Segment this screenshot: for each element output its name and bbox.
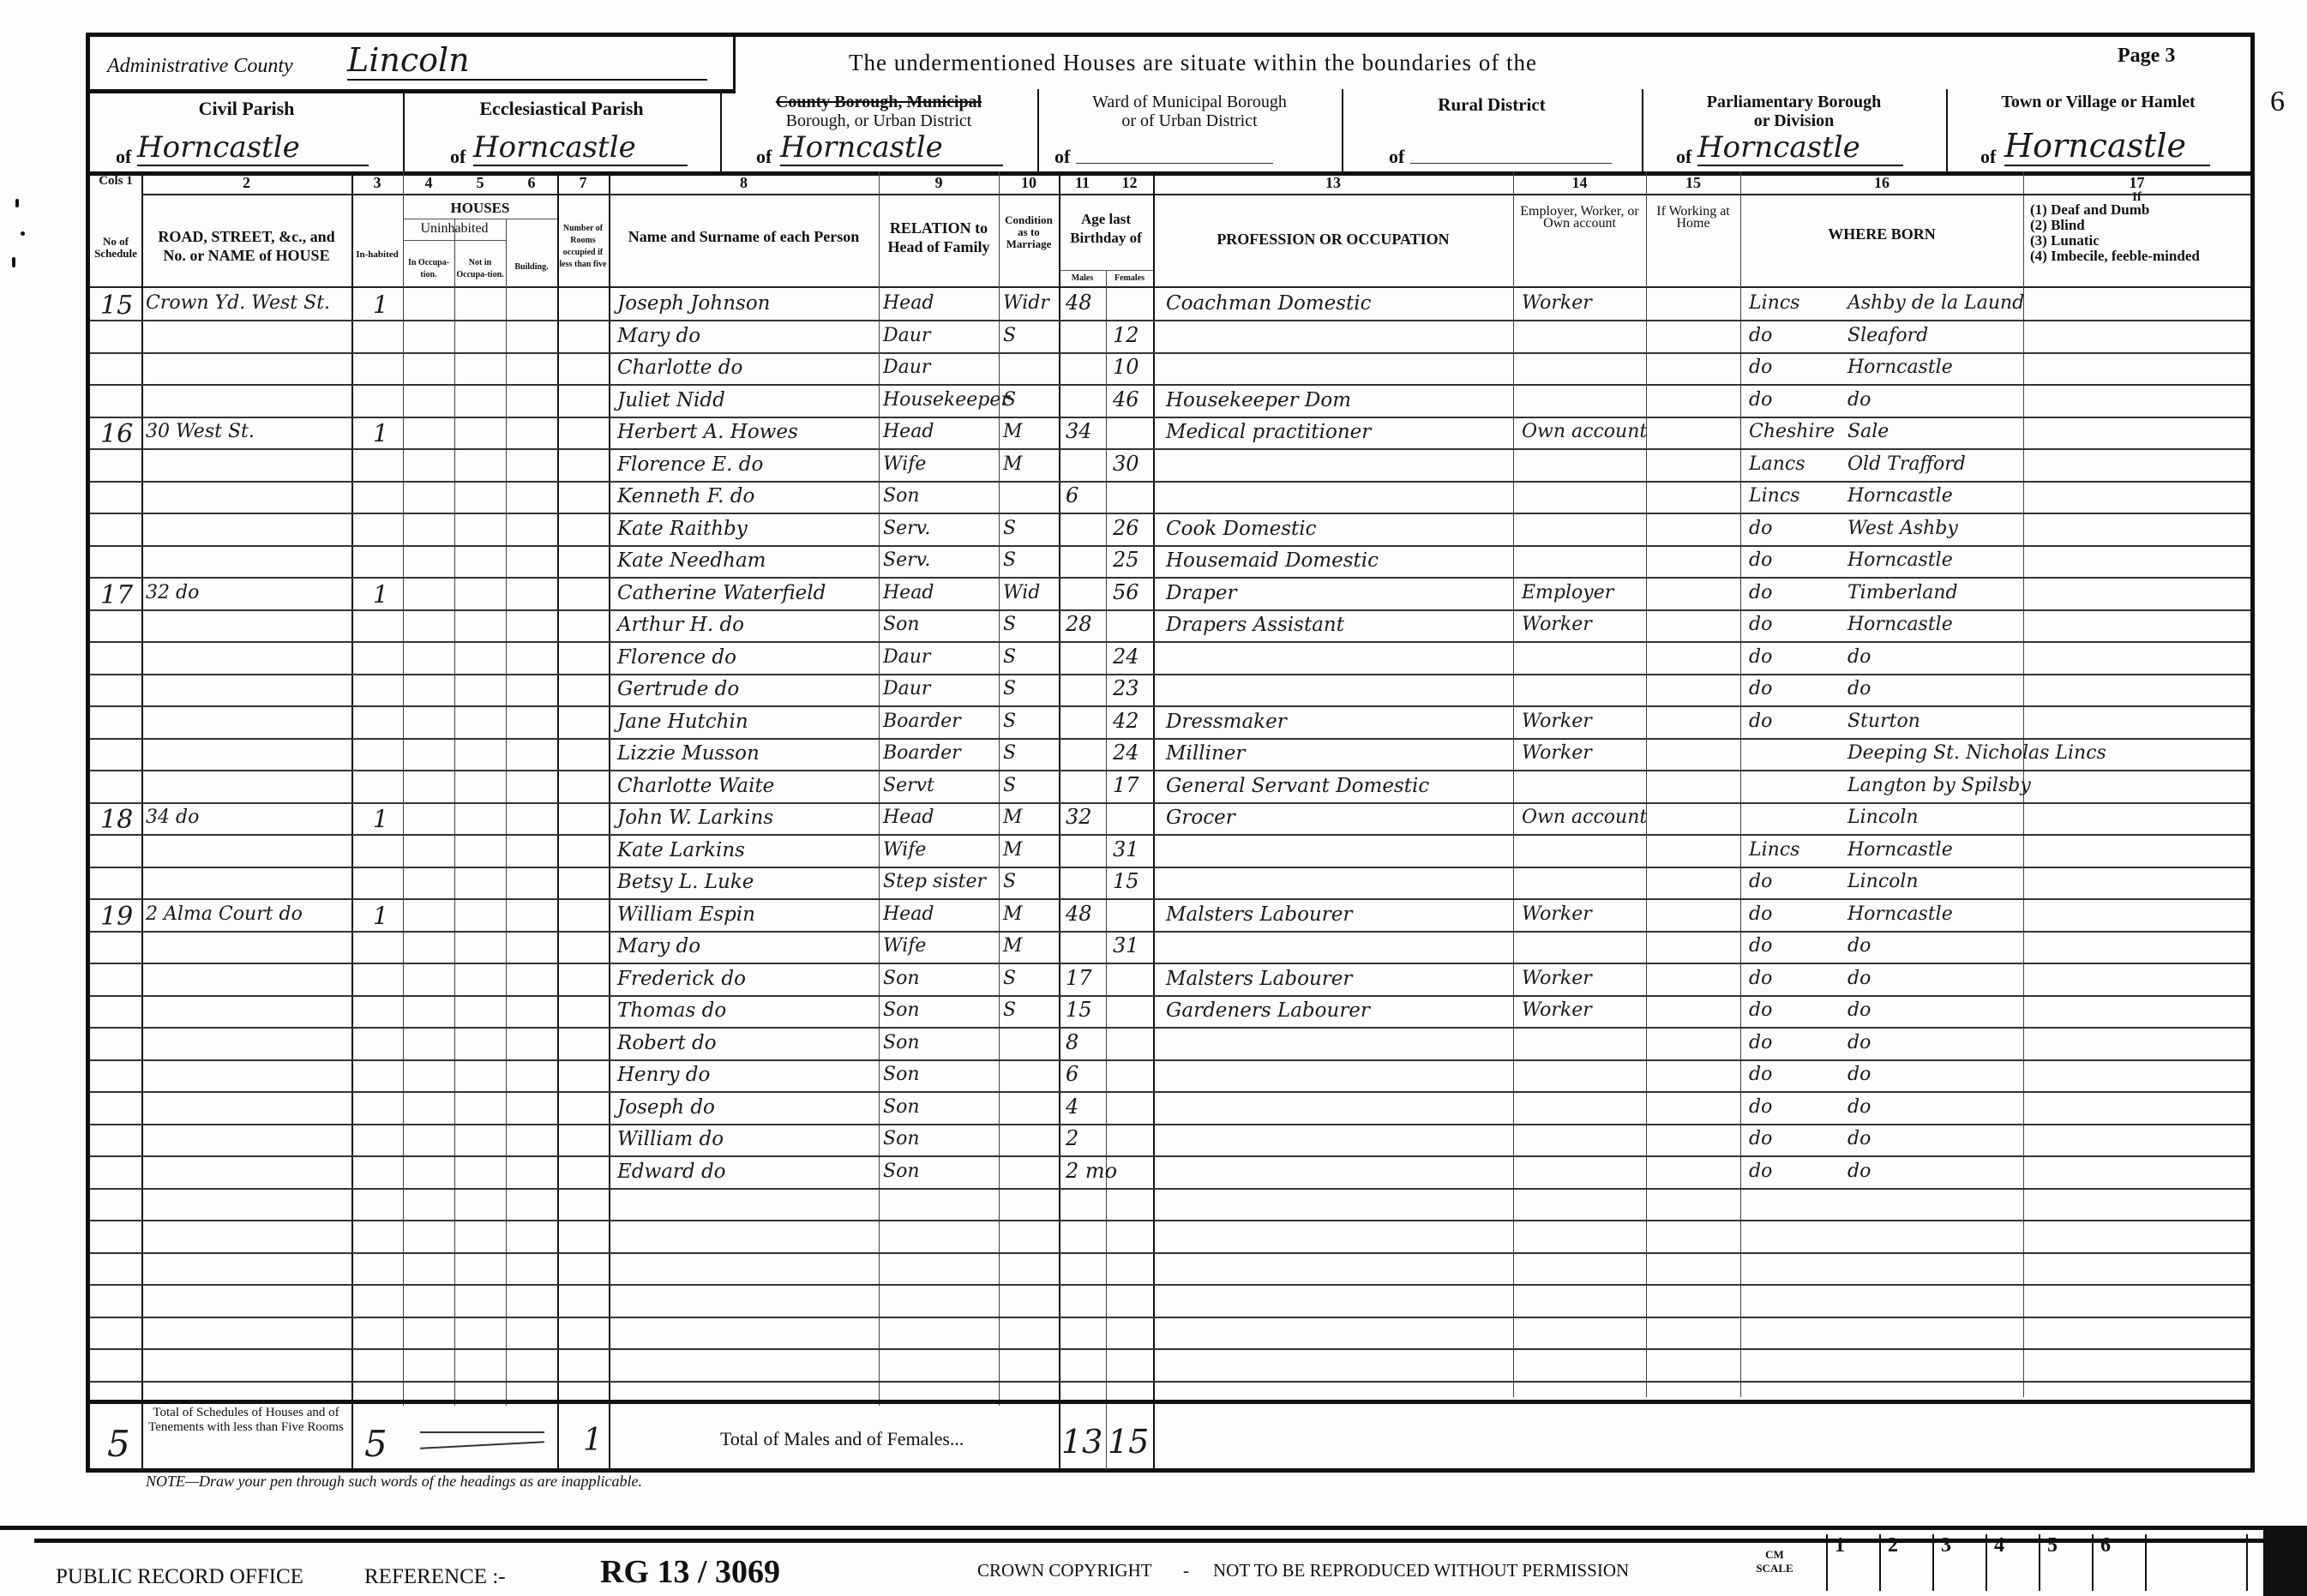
birth-place: Timberland (1847, 582, 1958, 603)
col-working-home-header: If Working at Home (1646, 206, 1740, 230)
table-row: Thomas do Son S 15 Gardeners Labourer Wo… (90, 996, 2250, 1029)
age-male: 32 (1066, 805, 1092, 829)
relation-to-head: Wife (883, 453, 926, 475)
margin-mark (21, 231, 25, 236)
table-row (90, 1317, 2250, 1350)
birth-county: do (1749, 1161, 1772, 1182)
person-name: Kate Raithby (617, 518, 748, 540)
col-condition-header: Condition as to Marriage (1000, 214, 1057, 250)
birth-place: do (1847, 1096, 1871, 1118)
folio-number: 6 (2270, 86, 2285, 118)
marital-condition: M (1003, 935, 1023, 957)
total-rooms: 1 (583, 1423, 603, 1458)
division-civil-parish: Civil Parish of Horncastle (90, 89, 405, 171)
employment-status: Worker (1522, 614, 1592, 635)
person-name: Gertrude do (617, 678, 739, 700)
marital-condition: S (1003, 325, 1016, 346)
road-address: Crown Yd. West St. (146, 292, 330, 314)
relation-to-head: Son (883, 1128, 920, 1149)
table-row: Florence do Daur S 24 do do (90, 643, 2250, 675)
person-name: Henry do (617, 1064, 710, 1086)
table-row: Lizzie Musson Boarder S 24 Milliner Work… (90, 739, 2250, 771)
birth-place: do (1847, 999, 1871, 1021)
marital-condition: S (1003, 549, 1016, 571)
person-name: Robert do (617, 1032, 717, 1054)
total-males: 13 (1061, 1423, 1102, 1461)
birth-place: Lincoln (1847, 807, 1919, 828)
footer-copyright: CROWN COPYRIGHT (977, 1560, 1152, 1581)
occupation: Draper (1166, 582, 1236, 604)
occupation: Housemaid Domestic (1166, 549, 1379, 572)
birth-place: do (1847, 968, 1871, 989)
birth-place: do (1847, 1128, 1871, 1149)
age-female: 25 (1113, 548, 1139, 572)
person-name: Kate Needham (617, 549, 766, 572)
schedule-number: 15 (100, 291, 133, 321)
division-urban-district: County Borough, Municipal Borough, or Ur… (720, 89, 1039, 171)
relation-to-head: Servt (883, 775, 934, 796)
birth-place: West Ashby (1847, 518, 1958, 539)
footer-reference: RG 13 / 3069 (600, 1553, 780, 1591)
col-males-header: Males (1059, 273, 1106, 285)
birth-county: do (1749, 1064, 1772, 1085)
person-name: Arthur H. do (617, 614, 744, 636)
scale-mark: 3 (1932, 1534, 1986, 1591)
division-town: Town or Village or Hamlet of Horncastle (1946, 89, 2250, 171)
birth-place: Deeping St. Nicholas Lincs (1847, 742, 2106, 764)
age-female: 12 (1113, 323, 1139, 347)
relation-to-head: Son (883, 614, 920, 635)
person-name: Mary do (617, 325, 700, 347)
birth-place: Sturton (1847, 711, 1920, 732)
marital-condition: S (1003, 871, 1016, 892)
age-male: 48 (1066, 291, 1092, 315)
total-females: 15 (1108, 1423, 1149, 1461)
relation-to-head: Daur (883, 357, 930, 378)
relation-to-head: Son (883, 1032, 920, 1053)
table-row: Arthur H. do Son S 28 Drapers Assistant … (90, 610, 2250, 643)
birth-county: do (1749, 518, 1772, 539)
col-inhabited-header: In-habited (351, 249, 403, 261)
col-infirmity-header: (1) Deaf and Dumb (2) Blind (3) Lunatic … (2030, 202, 2249, 264)
total-schedules-count: 5 (107, 1423, 130, 1465)
table-row: 17 32 do 1 Catherine Waterfield Head Wid… (90, 579, 2250, 611)
table-row (90, 1286, 2250, 1318)
table-row: 15 Crown Yd. West St. 1 Joseph Johnson H… (90, 289, 2250, 321)
birth-county: do (1749, 614, 1772, 635)
age-male: 2 mo (1066, 1159, 1117, 1183)
footer-scale-label: CM SCALE (1749, 1548, 1800, 1575)
census-page: 6 Administrative County Lincoln The unde… (0, 0, 2307, 1596)
age-female: 26 (1113, 516, 1139, 540)
person-name: Charlotte do (617, 357, 742, 379)
person-name: Kate Larkins (617, 839, 745, 861)
age-male: 15 (1066, 998, 1092, 1022)
marital-condition: M (1003, 839, 1023, 861)
birth-place: Horncastle (1847, 549, 1953, 571)
relation-to-head: Serv. (883, 549, 930, 571)
employment-status: Worker (1522, 968, 1592, 989)
civil-parish-value: Horncastle (137, 130, 369, 166)
age-female: 31 (1113, 933, 1139, 957)
occupation: Gardeners Labourer (1166, 999, 1370, 1022)
table-row: Kenneth F. do Son 6 Lincs Horncastle (90, 482, 2250, 514)
person-name: William Espin (617, 903, 755, 926)
employment-status: Employer (1522, 582, 1613, 603)
page-edge-shadow (2263, 1526, 2307, 1596)
birth-place: Old Trafford (1847, 453, 1966, 475)
table-row: Mary do Wife M 31 do do (90, 932, 2250, 964)
admin-county-value: Lincoln (347, 41, 707, 81)
birth-county: do (1749, 1128, 1772, 1149)
division-parliamentary: Parliamentary Borough or Division of Hor… (1642, 89, 1948, 171)
table-row: Edward do Son 2 mo do do (90, 1157, 2250, 1190)
relation-to-head: Son (883, 1161, 920, 1182)
person-name: Charlotte Waite (617, 775, 774, 797)
person-name: John W. Larkins (617, 807, 773, 829)
relation-to-head: Daur (883, 646, 930, 668)
birth-county: do (1749, 871, 1772, 892)
table-row: Gertrude do Daur S 23 do do (90, 675, 2250, 707)
inhabited-count: 1 (373, 805, 388, 833)
parliamentary-division-value: Horncastle (1697, 130, 1903, 166)
birth-place: Horncastle (1847, 614, 1953, 635)
note-text: NOTE—Draw your pen through such words of… (146, 1473, 642, 1491)
relation-to-head: Head (883, 421, 934, 442)
birth-place: do (1847, 389, 1871, 411)
relation-to-head: Son (883, 968, 920, 989)
marital-condition: S (1003, 614, 1016, 635)
col-where-born-header: WHERE BORN (1740, 225, 2023, 243)
road-address: 30 West St. (146, 421, 255, 442)
col-in-occupation-header: In Occupa-tion. (403, 257, 454, 281)
table-row (90, 1350, 2250, 1383)
relation-to-head: Son (883, 999, 920, 1021)
scale-mark: 2 (1879, 1534, 1932, 1591)
relation-to-head: Serv. (883, 518, 930, 539)
age-female: 15 (1113, 869, 1139, 893)
marital-condition: M (1003, 807, 1023, 828)
inhabited-count: 1 (373, 291, 388, 319)
marital-condition: S (1003, 518, 1016, 539)
age-male: 8 (1066, 1030, 1078, 1054)
schedule-number: 16 (100, 419, 133, 449)
birth-county: do (1749, 325, 1772, 346)
age-male: 4 (1066, 1095, 1078, 1119)
person-name: Jane Hutchin (617, 711, 748, 733)
footer-office: PUBLIC RECORD OFFICE (56, 1565, 303, 1589)
relation-to-head: Head (883, 292, 934, 314)
employment-status: Worker (1522, 742, 1592, 764)
birth-place: Horncastle (1847, 903, 1953, 925)
table-row: Jane Hutchin Boarder S 42 Dressmaker Wor… (90, 707, 2250, 740)
birth-county: do (1749, 1032, 1772, 1053)
divisions-row: Civil Parish of Horncastle Ecclesiastica… (90, 89, 2250, 171)
col-occupation-header: PROFESSION OR OCCUPATION (1153, 230, 1513, 249)
birth-place: Horncastle (1847, 485, 1953, 507)
schedule-number: 19 (100, 902, 133, 932)
person-name: Joseph Johnson (617, 292, 771, 315)
page-label: Page 3 (2118, 45, 2175, 68)
birth-place: do (1847, 1161, 1871, 1182)
occupation: Drapers Assistant (1166, 614, 1344, 636)
marital-condition: M (1003, 421, 1023, 442)
person-name: Mary do (617, 935, 700, 957)
marital-condition: S (1003, 999, 1016, 1021)
table-row: Henry do Son 6 do do (90, 1060, 2250, 1093)
birth-county: Lincs (1749, 292, 1799, 314)
age-female: 24 (1113, 741, 1139, 765)
relation-to-head: Daur (883, 325, 930, 346)
birth-county: do (1749, 389, 1772, 411)
person-name: Florence E. do (617, 453, 763, 476)
occupation: Milliner (1166, 742, 1245, 765)
table-row: Kate Needham Serv. S 25 Housemaid Domest… (90, 546, 2250, 579)
schedule-number: 17 (100, 580, 133, 610)
table-row: William do Son 2 do do (90, 1125, 2250, 1157)
footer-notice: NOT TO BE REPRODUCED WITHOUT PERMISSION (1213, 1560, 1629, 1581)
relation-to-head: Son (883, 1064, 920, 1085)
urban-district-value: Horncastle (780, 130, 1003, 166)
table-row: Juliet Nidd Housekeeper S 46 Housekeeper… (90, 386, 2250, 418)
birth-county: do (1749, 999, 1772, 1021)
marital-condition: M (1003, 453, 1023, 475)
col-not-in-occupation-header: Not in Occupa-tion. (454, 257, 506, 281)
relation-to-head: Daur (883, 678, 930, 699)
occupation: Housekeeper Dom (1166, 389, 1351, 411)
birth-county: do (1749, 935, 1772, 957)
age-female: 24 (1113, 645, 1139, 669)
birth-county: Lincs (1749, 839, 1799, 861)
division-rural-district: Rural District of (1342, 89, 1643, 171)
relation-to-head: Head (883, 807, 934, 828)
birth-place: Ashby de la Laund (1847, 292, 2024, 314)
table-row (90, 1253, 2250, 1286)
marital-condition: S (1003, 711, 1016, 732)
person-name: Catherine Waterfield (617, 582, 826, 604)
birth-place: Horncastle (1847, 357, 1953, 378)
table-row: Joseph do Son 4 do do (90, 1093, 2250, 1125)
col-age-header: Age last Birthday of (1059, 210, 1153, 248)
birth-place: Sleaford (1847, 325, 1928, 346)
relation-to-head: Boarder (883, 711, 961, 732)
inhabited-count: 1 (373, 419, 388, 447)
age-female: 30 (1113, 452, 1139, 476)
ecclesiastical-parish-value: Horncastle (473, 130, 688, 166)
table-row: Betsy L. Luke Step sister S 15 do Lincol… (90, 867, 2250, 900)
marital-condition: S (1003, 646, 1016, 668)
employment-status: Worker (1522, 999, 1592, 1021)
age-female: 10 (1113, 355, 1139, 379)
birth-county: do (1749, 711, 1772, 732)
scale-mark: 4 (1986, 1534, 2039, 1591)
marital-condition: S (1003, 742, 1016, 764)
road-address: 34 do (146, 807, 199, 828)
table-row (90, 1221, 2250, 1254)
relation-to-head: Son (883, 485, 920, 507)
admin-county-box: Administrative County Lincoln (90, 36, 736, 93)
relation-to-head: Son (883, 1096, 920, 1118)
table-row: 18 34 do 1 John W. Larkins Head M 32 Gro… (90, 803, 2250, 836)
person-name: Edward do (617, 1161, 726, 1183)
age-male: 34 (1066, 419, 1092, 443)
col-houses-header: HOUSES (403, 199, 557, 218)
occupation: Cook Domestic (1166, 518, 1317, 540)
table-row: Florence E. do Wife M 30 Lancs Old Traff… (90, 450, 2250, 483)
col-building-header: Building. (506, 261, 557, 273)
division-ecclesiastical-parish: Ecclesiastical Parish of Horncastle (403, 89, 722, 171)
age-male: 17 (1066, 966, 1092, 990)
employment-status: Own account (1522, 807, 1647, 828)
scale-mark: 5 (2039, 1534, 2092, 1591)
relation-to-head: Head (883, 903, 934, 925)
col-road-header: ROAD, STREET, &c., and No. or NAME of HO… (146, 227, 347, 265)
road-address: 32 do (146, 582, 199, 603)
town-value: Horncastle (2004, 127, 2210, 166)
table-row: Frederick do Son S 17 Malsters Labourer … (90, 964, 2250, 997)
marital-condition: M (1003, 903, 1023, 925)
col-relation-header: RELATION to Head of Family (879, 219, 999, 256)
birth-county: do (1749, 968, 1772, 989)
employment-status: Own account (1522, 421, 1647, 442)
age-female: 46 (1113, 387, 1139, 411)
relation-to-head: Step sister (883, 871, 986, 892)
marital-condition: S (1003, 775, 1016, 796)
age-male: 2 (1066, 1126, 1078, 1150)
table-row: 19 2 Alma Court do 1 William Espin Head … (90, 900, 2250, 933)
table-row: 16 30 West St. 1 Herbert A. Howes Head M… (90, 417, 2250, 450)
birth-place: Horncastle (1847, 839, 1953, 861)
birth-county: do (1749, 646, 1772, 668)
road-address: 2 Alma Court do (146, 903, 303, 925)
person-name: William do (617, 1128, 724, 1150)
table-row (90, 1189, 2250, 1221)
inhabited-count: 1 (373, 902, 388, 930)
birth-county: do (1749, 357, 1772, 378)
scale-mark: 6 (2092, 1534, 2145, 1591)
total-schedules-label: Total of Schedules of Houses and of Tene… (147, 1406, 345, 1435)
person-name: Juliet Nidd (617, 389, 725, 411)
table-row: Mary do Daur S 12 do Sleaford (90, 321, 2250, 354)
occupation: Grocer (1166, 807, 1235, 829)
table-row: Charlotte do Daur 10 do Horncastle (90, 353, 2250, 386)
col-name-header: Name and Surname of each Person (626, 227, 862, 246)
margin-mark (15, 199, 19, 207)
person-name: Thomas do (617, 999, 726, 1022)
table-row: Robert do Son 8 do do (90, 1029, 2250, 1061)
margin-mark (12, 257, 15, 267)
occupation: Medical practitioner (1166, 421, 1371, 443)
employment-status: Worker (1522, 903, 1592, 925)
table-row: Charlotte Waite Servt S 17 General Serva… (90, 771, 2250, 804)
table-row: Kate Larkins Wife M 31 Lincs Horncastle (90, 836, 2250, 868)
total-inhabited: 5 (364, 1423, 388, 1465)
birth-place: Langton by Spilsby (1847, 775, 2031, 796)
total-males-females-label: Total of Males and of Females... (720, 1428, 964, 1450)
occupation: Malsters Labourer (1166, 903, 1352, 926)
age-male: 6 (1066, 1062, 1078, 1086)
relation-to-head: Wife (883, 935, 926, 957)
birth-county: do (1749, 582, 1772, 603)
person-name: Joseph do (617, 1096, 715, 1119)
col-employer-header: Employer, Worker, or Own account (1513, 206, 1646, 230)
employment-status: Worker (1522, 292, 1592, 314)
age-female: 17 (1113, 773, 1139, 797)
person-name: Frederick do (617, 968, 746, 990)
division-ward: Ward of Municipal Borough or of Urban Di… (1037, 89, 1343, 171)
occupation: Dressmaker (1166, 711, 1287, 733)
col-rooms-header: Number of Rooms occupied if less than fi… (557, 223, 609, 271)
inhabited-count: 1 (373, 580, 388, 609)
col-females-header: Females (1106, 273, 1153, 285)
birth-county: Lancs (1749, 453, 1805, 475)
relation-to-head: Wife (883, 839, 926, 861)
birth-place: do (1847, 1064, 1871, 1085)
birth-place: do (1847, 678, 1871, 699)
person-name: Herbert A. Howes (617, 421, 798, 443)
table-row: Kate Raithby Serv. S 26 Cook Domestic do… (90, 514, 2250, 547)
person-name: Florence do (617, 646, 736, 669)
age-male: 28 (1066, 612, 1092, 636)
scale-mark: 1 (1826, 1534, 1879, 1591)
col-schedule-header: No of Schedule (90, 236, 141, 260)
person-name: Lizzie Musson (617, 742, 760, 765)
marital-condition: S (1003, 968, 1016, 989)
person-name: Betsy L. Luke (617, 871, 754, 893)
age-female: 31 (1113, 837, 1139, 861)
marital-condition: Widr (1003, 292, 1049, 314)
birth-county: do (1749, 549, 1772, 571)
age-female: 42 (1113, 709, 1139, 733)
relation-to-head: Head (883, 582, 934, 603)
birth-county: do (1749, 678, 1772, 699)
birth-place: do (1847, 646, 1871, 668)
birth-county: Cheshire (1749, 421, 1835, 442)
marital-condition: S (1003, 678, 1016, 699)
occupation: Coachman Domestic (1166, 292, 1372, 315)
birth-place: Sale (1847, 421, 1889, 442)
age-female: 56 (1113, 580, 1139, 604)
age-female: 23 (1113, 676, 1139, 700)
relation-to-head: Housekeeper (883, 389, 1010, 411)
intro-text: The undermentioned Houses are situate wi… (849, 50, 1537, 76)
marital-condition: S (1003, 389, 1016, 411)
age-male: 48 (1066, 902, 1092, 926)
person-name: Kenneth F. do (617, 485, 754, 507)
admin-county-label: Administrative County (107, 55, 293, 78)
relation-to-head: Boarder (883, 742, 961, 764)
occupation: General Servant Domestic (1166, 775, 1429, 797)
occupation: Malsters Labourer (1166, 968, 1352, 990)
birth-county: do (1749, 1096, 1772, 1118)
marital-condition: Wid (1003, 582, 1040, 603)
employment-status: Worker (1522, 711, 1592, 732)
age-male: 6 (1066, 483, 1078, 507)
birth-place: Lincoln (1847, 871, 1919, 892)
birth-county: do (1749, 903, 1772, 925)
schedule-number: 18 (100, 805, 133, 835)
footer-reference-label: REFERENCE :- (364, 1565, 506, 1589)
birth-county: Lincs (1749, 485, 1799, 507)
birth-place: do (1847, 1032, 1871, 1053)
birth-place: do (1847, 935, 1871, 957)
